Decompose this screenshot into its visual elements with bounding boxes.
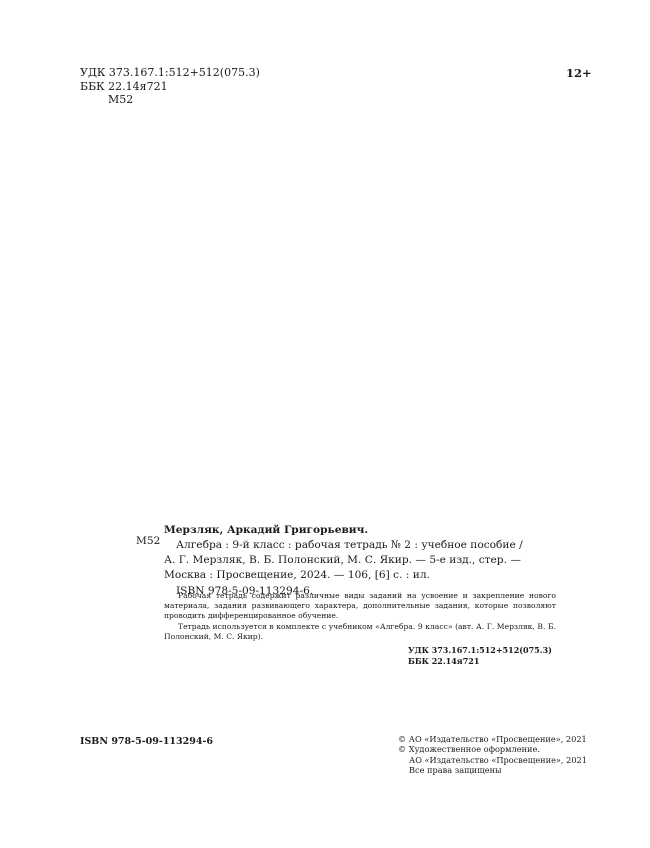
biblio-publisher-line: Москва : Просвещение, 2024. — 106, [6] с… <box>164 568 430 583</box>
footer-isbn: ISBN 978-5-09-113294-6 <box>80 736 213 747</box>
biblio-authors-line: А. Г. Мерзляк, В. Б. Полонский, М. С. Як… <box>164 553 521 568</box>
biblio-author-mark: М52 <box>136 535 160 547</box>
top-classification-codes: УДК 373.167.1:512+512(075.3) ББК 22.14я7… <box>80 66 260 107</box>
bottom-classification-codes: УДК 373.167.1:512+512(075.3) ББК 22.14я7… <box>408 645 552 666</box>
copyright-block: © АО «Издательство «Просвещение», 2021 ©… <box>398 734 587 775</box>
copyright-line: © АО «Издательство «Просвещение», 2021 <box>398 734 587 744</box>
author-mark: М52 <box>80 93 260 107</box>
udk-code-bottom: УДК 373.167.1:512+512(075.3) <box>408 645 552 656</box>
age-rating: 12+ <box>566 66 592 80</box>
biblio-title-line: Алгебра : 9-й класс : рабочая тетрадь № … <box>176 538 523 553</box>
bbk-code-bottom: ББК 22.14я721 <box>408 656 552 667</box>
annotation-paragraph: Рабочая тетрадь содержит различные виды … <box>164 591 556 622</box>
bbk-code: ББК 22.14я721 <box>80 80 260 94</box>
copyright-line: АО «Издательство «Просвещение», 2021 <box>398 755 587 765</box>
copyright-line: © Художественное оформление. <box>398 744 587 754</box>
annotation-paragraph: Тетрадь используется в комплекте с учебн… <box>164 622 556 642</box>
biblio-author: Мерзляк, Аркадий Григорьевич. <box>164 523 368 538</box>
annotation: Рабочая тетрадь содержит различные виды … <box>164 591 556 642</box>
udk-code: УДК 373.167.1:512+512(075.3) <box>80 66 260 80</box>
copyright-line: Все права защищены <box>398 765 587 775</box>
